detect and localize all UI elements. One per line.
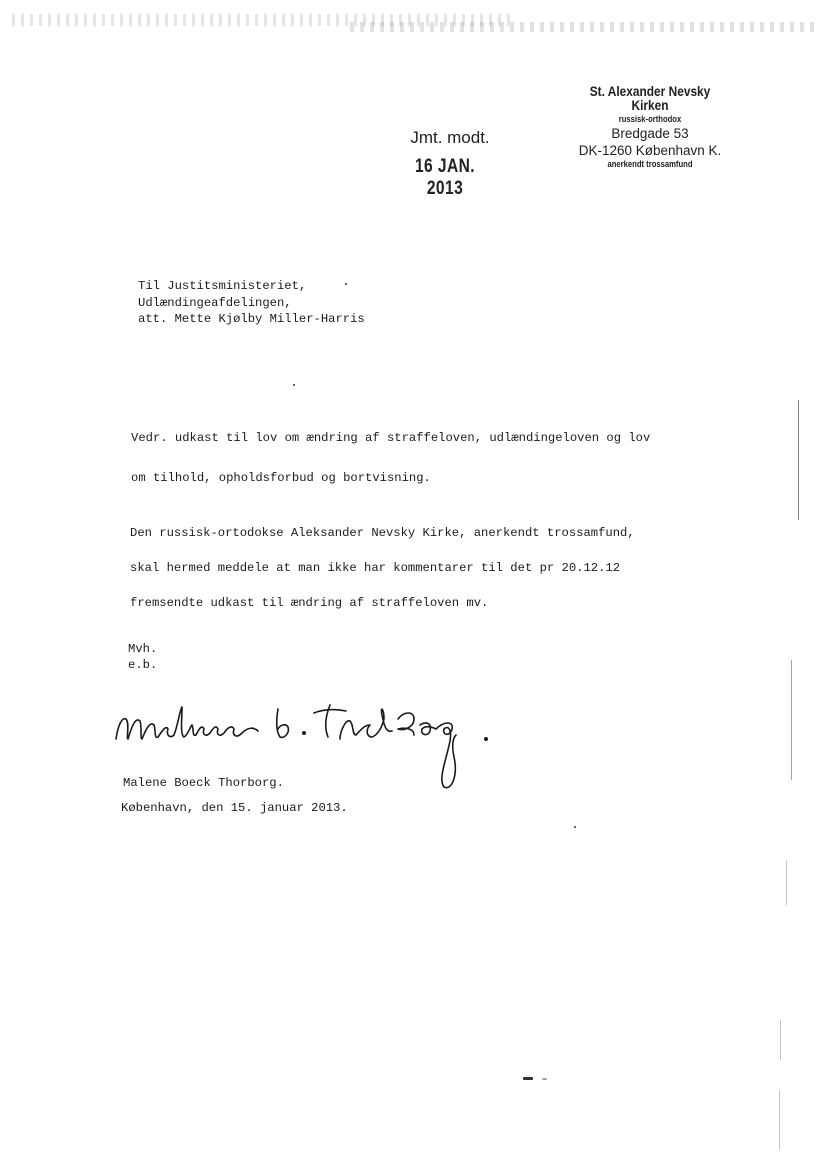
body-paragraph: Den russisk-ortodokse Aleksander Nevsky … <box>130 516 635 621</box>
body-line: Den russisk-ortodokse Aleksander Nevsky … <box>130 526 635 540</box>
scan-edge-line <box>786 860 787 905</box>
scan-speck <box>523 1077 533 1080</box>
scan-speck <box>574 826 576 828</box>
letterhead: St. Alexander Nevsky Kirken russisk-orth… <box>560 84 740 172</box>
closing-block: Mvh. e.b. <box>128 641 157 673</box>
signer-name: Malene Boeck Thorborg. <box>123 773 284 793</box>
closing-greeting: Mvh. <box>128 642 157 656</box>
scan-artifact-top <box>350 22 820 32</box>
church-city: DK-1260 København K. <box>560 144 740 158</box>
closing-on-behalf: e.b. <box>128 658 157 672</box>
scan-edge-line <box>779 1090 780 1150</box>
stamp-date: 16 JAN. 2013 <box>400 156 490 200</box>
recipient-line: Udlændingeafdelingen, <box>138 296 292 310</box>
scan-edge-line <box>780 1020 781 1060</box>
received-stamp: Jmt. modt. 16 JAN. 2013 <box>390 128 500 200</box>
stamp-label: Jmt. modt. <box>400 128 500 148</box>
church-status: anerkendt trossamfund <box>574 160 727 169</box>
subject-block: Vedr. udkast til lov om ændring af straf… <box>131 418 650 498</box>
letter-page: St. Alexander Nevsky Kirken russisk-orth… <box>0 0 826 1169</box>
church-name: St. Alexander Nevsky Kirken <box>574 84 727 112</box>
scan-speck <box>542 1078 547 1080</box>
subject-line: Vedr. udkast til lov om ændring af straf… <box>131 431 650 445</box>
recipient-line: att. Mette Kjølby Miller-Harris <box>138 312 365 326</box>
recipient-line: Til Justitsministeriet, <box>138 279 306 293</box>
body-line: fremsendte udkast til ændring af straffe… <box>130 596 488 610</box>
scan-edge-line <box>798 400 799 520</box>
place-date: København, den 15. januar 2013. <box>121 801 348 815</box>
church-street: Bredgade 53 <box>560 127 740 141</box>
church-denomination: russisk-orthodox <box>574 115 727 124</box>
body-line: skal hermed meddele at man ikke har komm… <box>130 561 620 575</box>
scan-speck <box>293 384 295 386</box>
scan-edge-line <box>791 660 792 780</box>
recipient-block: Til Justitsministeriet, Udlændingeafdeli… <box>138 278 365 328</box>
subject-line: om tilhold, opholdsforbud og bortvisning… <box>131 471 431 485</box>
